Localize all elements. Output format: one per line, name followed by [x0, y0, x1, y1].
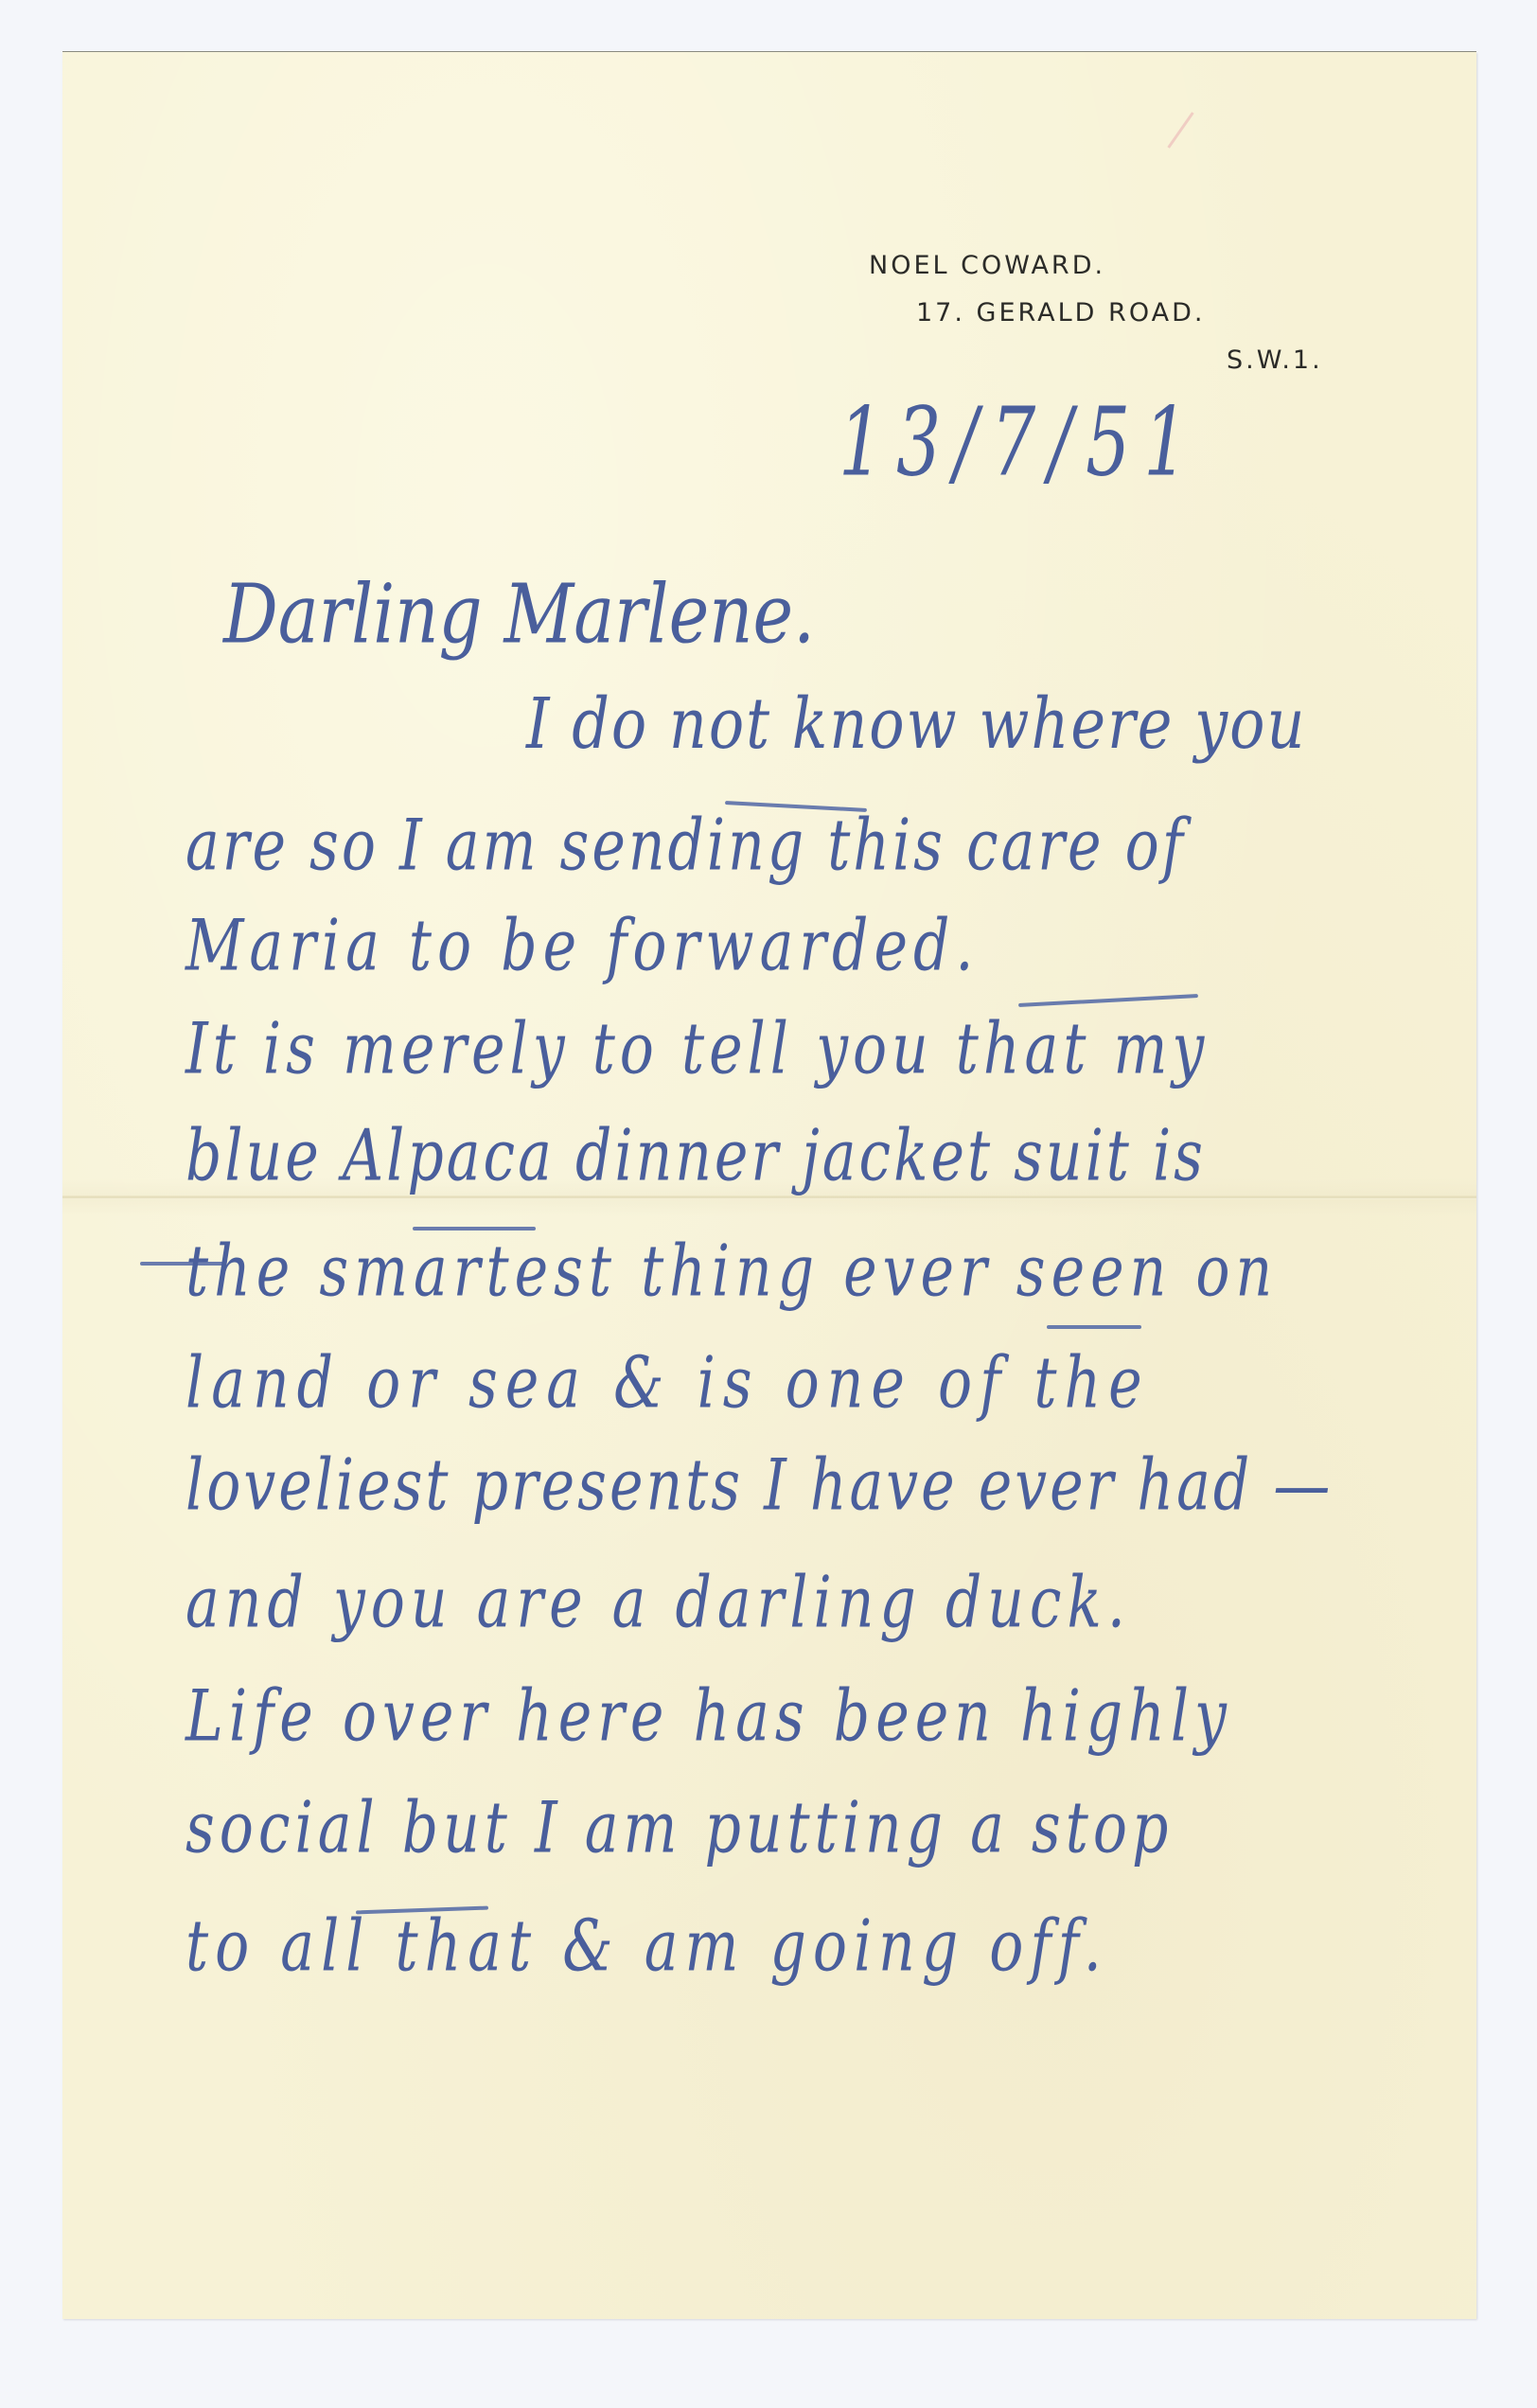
letter-line: are so I am sending this care of [185, 805, 1186, 888]
letter-line: to all that & am going off. [185, 1905, 1108, 1989]
letter-line: social but I am putting a stop [185, 1787, 1173, 1870]
letter-line: loveliest presents I have ever had — [185, 1444, 1333, 1528]
letterhead-district: S.W.1. [1227, 345, 1323, 375]
letter-sheet: ​ NOEL COWARD. 17. GERALD ROAD. S.W.1. 1… [62, 52, 1476, 2319]
letterhead-street: 17. GERALD ROAD. [916, 298, 1205, 328]
pink-mark [1167, 112, 1193, 149]
letter-date: 13/7/51 [839, 388, 1201, 498]
letter-line: land or sea & is one of the [185, 1342, 1150, 1425]
letter-line: and you are a darling duck. [185, 1562, 1131, 1645]
letterhead-name: NOEL COWARD. [869, 251, 1105, 280]
letter-line: the smartest thing ever seen on [185, 1231, 1278, 1314]
letter-line: Maria to be forwarded. [185, 905, 979, 988]
underline-tell [1018, 994, 1198, 1007]
letter-line: It is merely to tell you that my [185, 1008, 1209, 1091]
underline-one [1047, 1325, 1141, 1329]
letter-line: I do not know where you [526, 682, 1306, 765]
salutation: Darling Marlene. [223, 566, 815, 662]
letter-line: Life over here has been highly [185, 1675, 1232, 1759]
letter-line: blue Alpaca dinner jacket suit is [185, 1115, 1206, 1198]
